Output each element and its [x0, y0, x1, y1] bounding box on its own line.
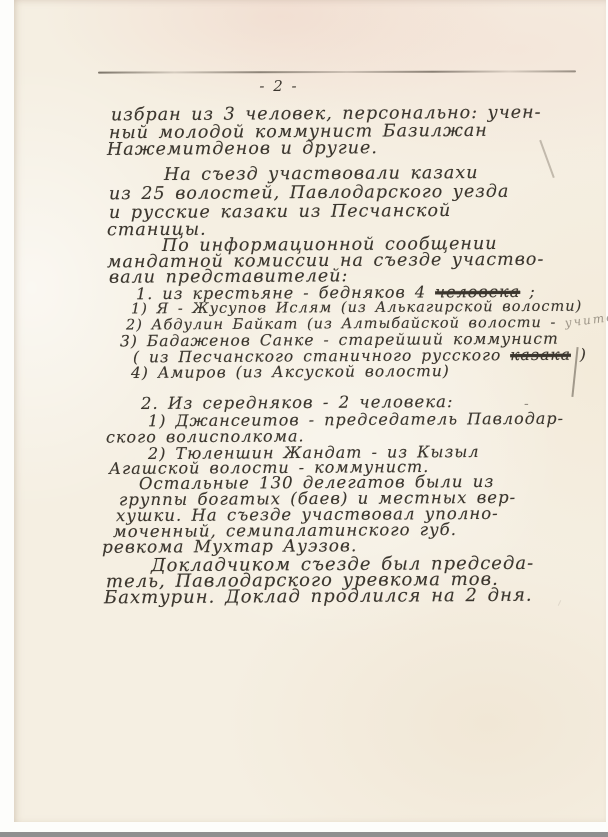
handwritten-line: 4) Амиров (из Аксуской волости) [131, 364, 450, 381]
handwritten-line: Бахтурин. Доклад продлился на 2 дня. [104, 587, 533, 608]
pencil-stroke-mark [539, 140, 554, 178]
scan-bottom-edge [0, 832, 608, 837]
scanned-document-page: - 2 - избран из 3 человек, персонально: … [0, 0, 608, 837]
page-number: - 2 - [242, 79, 316, 94]
struck-out-text: казака [510, 346, 571, 364]
paper-sheet: - 2 - избран из 3 человек, персонально: … [14, 0, 606, 822]
handwritten-line: Нажемитденов и другие. [107, 140, 378, 159]
margin-dash-mark: - [524, 397, 529, 411]
pencil-dot-mark [558, 600, 561, 606]
header-rule [98, 70, 576, 73]
line-text: ) [571, 346, 587, 364]
